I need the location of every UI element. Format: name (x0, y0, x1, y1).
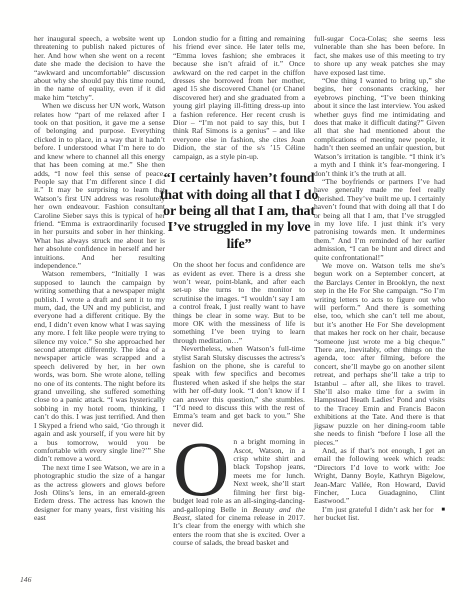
end-mark: ■ (433, 506, 445, 514)
paragraph: When we discuss her UN work, Watson rela… (34, 102, 165, 270)
paragraph-text: , slated for cinema release in 2017. It’… (173, 513, 305, 547)
magazine-page: her inaugural speech, a website went up … (0, 0, 463, 600)
paragraph: And, as if that’s not enough, I get an e… (314, 447, 445, 506)
pull-quote: “I certainly haven’t found that with doi… (158, 171, 320, 253)
column-right: full-sugar Coca-Colas; she seems less vu… (314, 35, 445, 569)
paragraph: Watson remembers, “Initially I was suppo… (34, 270, 165, 463)
paragraph: London studio for a fitting and remainin… (173, 35, 305, 161)
paragraph: “One thing I wanted to bring up,” she be… (314, 77, 445, 178)
column-left: her inaugural speech, a website went up … (34, 35, 165, 569)
paragraph-with-dropcap: On a bright morning in Ascot, Watson, in… (173, 438, 305, 547)
paragraph: The next time I see Watson, we are in a … (34, 464, 165, 523)
drop-cap: O (173, 440, 229, 496)
paragraph: ■I’m just grateful I didn’t ask her for … (314, 506, 445, 523)
paragraph: Nevertheless, when Watson’s full-time st… (173, 345, 305, 429)
column-middle: London studio for a fitting and remainin… (173, 35, 305, 569)
paragraph: her inaugural speech, a website went up … (34, 35, 165, 102)
paragraph: “The boyfriends or partners I’ve had hav… (314, 178, 445, 262)
paragraph: On the shoot her focus and confidence ar… (173, 261, 305, 345)
page-number: 146 (20, 575, 31, 584)
paragraph: full-sugar Coca-Colas; she seems less vu… (314, 35, 445, 77)
article-body: her inaugural speech, a website went up … (34, 35, 445, 569)
paragraph-text: I’m just grateful I didn’t ask her for h… (314, 505, 433, 522)
paragraph: We move on. Watson tells me she’s begun … (314, 262, 445, 447)
